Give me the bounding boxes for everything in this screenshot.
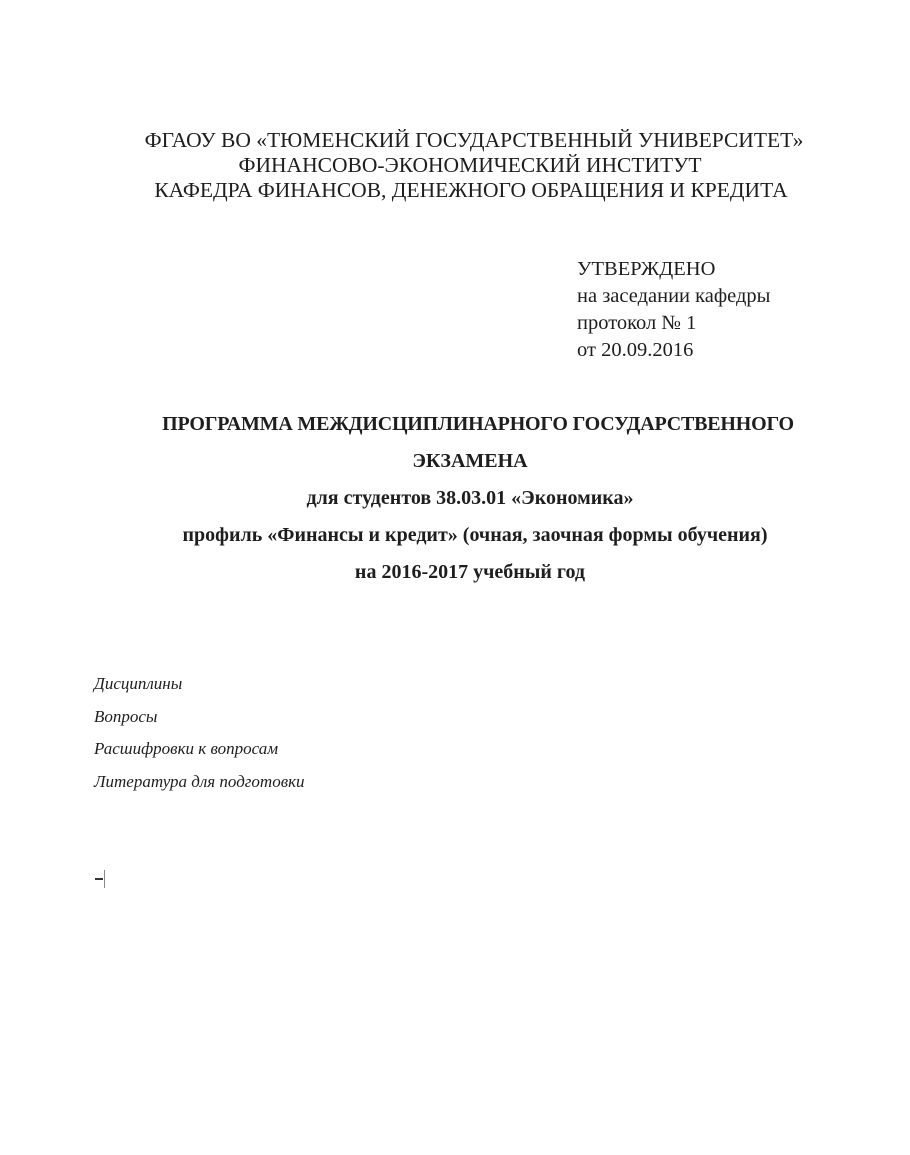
title-profile-line: профиль «Финансы и кредит» (очная, заочн… <box>40 517 910 554</box>
title-line-1: ПРОГРАММА МЕЖДИСЦИПЛИНАРНОГО ГОСУДАРСТВЕ… <box>46 406 910 443</box>
contents-item-literature[interactable]: Литература для подготовки <box>94 766 305 799</box>
contents-item-question-explanations[interactable]: Расшифровки к вопросам <box>94 733 305 766</box>
contents-item-disciplines[interactable]: Дисциплины <box>94 668 305 701</box>
document-page: ФГАОУ ВО «ТЮМЕНСКИЙ ГОСУДАРСТВЕННЫЙ УНИВ… <box>0 0 910 1155</box>
department-name: КАФЕДРА ФИНАНСОВ, ДЕНЕЖНОГО ОБРАЩЕНИЯ И … <box>32 178 910 203</box>
contents-item-questions[interactable]: Вопросы <box>94 701 305 734</box>
university-name: ФГАОУ ВО «ТЮМЕНСКИЙ ГОСУДАРСТВЕННЫЙ УНИВ… <box>38 128 910 153</box>
approval-date: от 20.09.2016 <box>577 337 770 364</box>
title-students-line: для студентов 38.03.01 «Экономика» <box>30 480 910 517</box>
institution-header: ФГАОУ ВО «ТЮМЕНСКИЙ ГОСУДАРСТВЕННЫЙ УНИВ… <box>0 128 910 203</box>
document-title: ПРОГРАММА МЕЖДИСЦИПЛИНАРНОГО ГОСУДАРСТВЕ… <box>0 406 910 591</box>
institute-name: ФИНАНСОВО-ЭКОНОМИЧЕСКИЙ ИНСТИТУТ <box>30 153 910 178</box>
approval-block: УТВЕРЖДЕНО на заседании кафедры протокол… <box>577 256 770 364</box>
text-end-mark-icon <box>95 870 107 888</box>
approval-protocol: протокол № 1 <box>577 310 770 337</box>
title-year-line: на 2016-2017 учебный год <box>30 554 910 591</box>
approval-meeting: на заседании кафедры <box>577 283 770 310</box>
approval-status: УТВЕРЖДЕНО <box>577 256 770 283</box>
contents-list: Дисциплины Вопросы Расшифровки к вопроса… <box>94 668 305 798</box>
title-line-2: ЭКЗАМЕНА <box>30 443 910 480</box>
